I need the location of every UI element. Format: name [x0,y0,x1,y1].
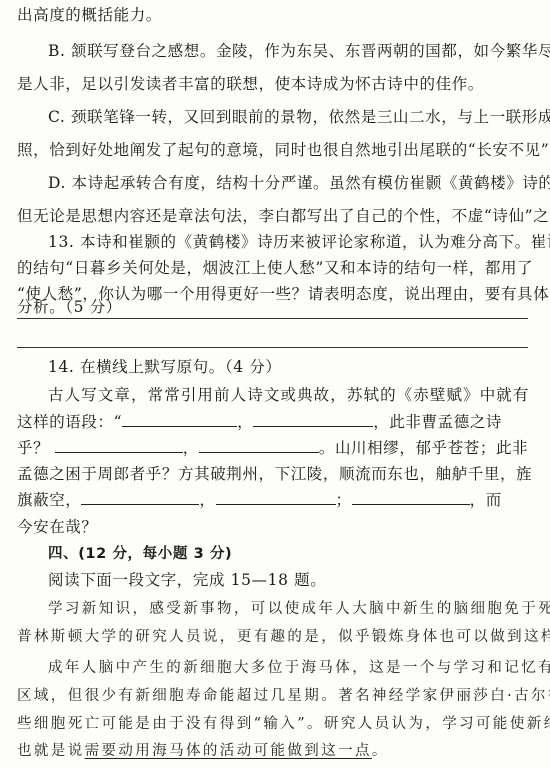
q14-line4: 孟德之困于周郎者乎？方其破荆州，下江陵，顺流而东也，舳舻千里，旌 [17,464,529,484]
fill-blank-6[interactable] [216,490,336,505]
q14-title: 14. 在横线上默写原句。（4 分） [48,357,529,377]
passage-p2-line1: 成年人脑中产生的新细胞大多位于海马体，这是一个与学习和记忆有关的 [48,658,529,678]
q13-line1: 13. 本诗和崔颢的《黄鹤楼》诗历来被评论家称道，认为难分高下。崔诗 [48,232,529,252]
q14-line5-pre: 旗蔽空， [17,491,81,509]
fill-blank-3[interactable] [55,438,183,453]
option-b-line2: 是人非，足以引发读者丰富的联想，使本诗成为怀古诗中的佳作。 [17,74,529,94]
passage-p2-line2: 区域，但很少有新细胞寿命能超过几星期。著名神经学家伊丽莎白·古尔德说，这 [17,686,529,706]
passage-p2-line3: 些细胞死亡可能是由于没有得到“输入”。研究人员认为，学习可能使新细胞存活， [17,714,529,734]
fill-blank-7[interactable] [352,490,470,505]
option-c-line2: 照，恰到好处地阐发了起句的意境，同时也很自然地引出尾联的“长安不见”。 [17,140,529,160]
q13-line4: 分析。（5 分） [17,297,529,317]
q14-line5-sep2: ； [336,491,352,509]
passage-p2-line4-post: 。 [372,743,389,759]
section-4-heading: 四、(12 分，每小题 3 分) [48,544,529,564]
q14-line3-post: 。山川相缪，郁乎苍苍；此非 [319,439,528,457]
answer-line-1[interactable] [17,318,528,319]
fill-blank-1[interactable] [122,412,237,427]
section-4-instruction: 阅读下面一段文字，完成 15—18 题。 [48,570,529,590]
q14-line6: 今安在哉？ [17,517,529,537]
q14-line2-sep: ， [237,413,253,431]
q14-line2-pre: 这样的语段：“ [17,413,122,431]
q13-line2: 的结句“日暮乡关何处是，烟波江上使人愁”又和本诗的结句一样，都用了 [17,258,529,278]
q14-line3: 乎？ ，。山川相缪，郁乎苍苍；此非 [17,438,529,458]
q14-line5-post: ，而 [470,491,502,509]
option-d-line1: D. 本诗起承转合有度，结构十分严谨。虽然有模仿崔颢《黄鹤楼》诗的痕迹， [48,173,529,193]
q14-line2: 这样的语段：“，，此非曹孟德之诗 [17,412,529,432]
option-d-line2: 但无论是思想内容还是章法句法，李白都写出了自己的个性，不虚“诗仙”之名。 [17,206,529,226]
q14-line2-post: ，此非曹孟德之诗 [373,413,502,431]
q14-line3-pre: 乎？ [17,439,49,457]
underlined-phrase: 需要动用海马体的活动可能做到这一点 [85,743,372,759]
fill-blank-4[interactable] [199,438,319,453]
q14-line1: 古人写文章，常常引用前人诗文或典故，苏轼的《赤壁赋》中就有 [48,385,529,405]
fill-blank-2[interactable] [253,412,373,427]
q14-line3-sep: ， [183,439,199,457]
fill-blank-5[interactable] [81,490,199,505]
passage-p1-line1: 学习新知识，感受新事物，可以使成年人大脑中新生的脑细胞免于死亡。美国 [48,599,529,619]
answer-line-2[interactable] [17,347,528,348]
q14-line5: 旗蔽空，，；，而 [17,490,529,510]
option-b-line1: B. 颔联写登台之感想。金陵，作为东吴、东晋两朝的国都，如今繁华尽去，物 [48,41,529,61]
q12-tail-text: 出高度的概括能力。 [17,5,529,25]
passage-p2-line4: 也就是说需要动用海马体的活动可能做到这一点。 [17,741,529,761]
option-c-line1: C. 颈联笔锋一转，又回到眼前的景物，依然是三山二水，与上一联形成对 [48,107,529,127]
passage-p2-line4-pre: 也就是说 [17,743,85,759]
passage-p1-line2: 普林斯顿大学的研究人员说，更有趣的是，似乎锻炼身体也可以做到这样。 [17,627,529,647]
q14-line5-sep1: ， [199,491,215,509]
